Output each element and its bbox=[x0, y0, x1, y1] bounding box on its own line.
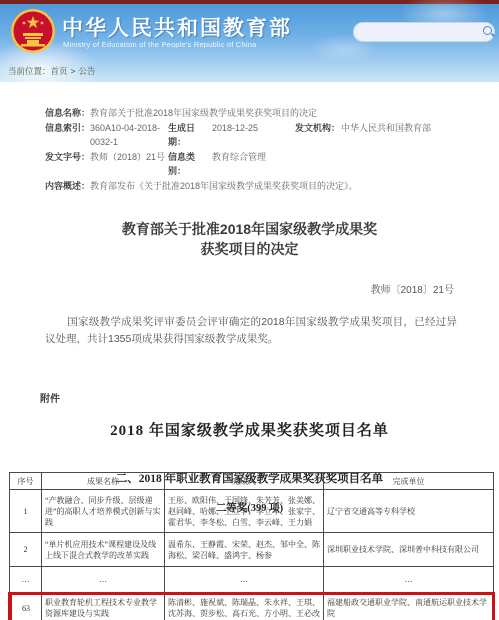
cell-org: 深圳职业技术学院、深圳普中科技有限公司 bbox=[324, 533, 494, 567]
cell-no: 63 bbox=[10, 593, 42, 620]
cell-people: 王彤、欧阳伟、于国锋、朱芳芳、张美娜、赵同峰、哈娜、王立争、李立军、张家宇、霍君… bbox=[165, 490, 324, 533]
meta-date-label: 生成日期： bbox=[168, 121, 212, 150]
breadcrumb-label: 当前位置： bbox=[8, 66, 51, 76]
cell-people: 陈清彬、施祝斌、陈瑞晶、朱永祥、王琪、沈苏海、贺步松、高石光、方小明、王必改 bbox=[165, 593, 324, 620]
document-meta-panel: 信息名称： 教育部关于批准2018年国家级教学成果奖获奖项目的决定 信息索引： … bbox=[45, 106, 499, 193]
document-paragraph-text: 国家级教学成果奖评审委员会评审确定的2018年国家级教学成果奖项目，已经过异议处… bbox=[45, 316, 457, 345]
meta-name-label: 信息名称： bbox=[45, 106, 90, 121]
document-title: 教育部关于批准2018年国家级教学成果奖 获奖项目的决定 bbox=[0, 219, 499, 259]
meta-date-value: 2018-12-25 bbox=[212, 121, 295, 150]
breadcrumb-current-link[interactable]: 公告 bbox=[79, 66, 96, 76]
meta-index-value: 360A10-04-2018-0032-1 bbox=[90, 121, 168, 150]
document-title-line1: 教育部关于批准2018年国家级教学成果奖 bbox=[0, 219, 499, 239]
header-cell-people: 完成人 bbox=[165, 473, 324, 490]
meta-row-summary: 内容概述： 教育部发布《关于批准2018年国家级教学成果奖获奖项目的决定》。 bbox=[45, 179, 499, 194]
breadcrumb-separator: > bbox=[71, 66, 76, 76]
cell-no: 1 bbox=[10, 490, 42, 533]
meta-summary-value: 教育部发布《关于批准2018年国家级教学成果奖获奖项目的决定》。 bbox=[90, 179, 358, 194]
cell-org: … bbox=[324, 567, 494, 594]
cell-name: “单片机应用技术”课程建设及线上线下混合式教学的改革实践 bbox=[42, 533, 165, 567]
header-cell-no: 序号 bbox=[10, 473, 42, 490]
awards-table: 序号 成果名称 完成人 完成单位 1 “产教融合、同步升级、层级递进”的高职人才… bbox=[8, 472, 495, 620]
cell-name: … bbox=[42, 567, 165, 594]
header-cell-name: 成果名称 bbox=[42, 473, 165, 490]
national-emblem-icon bbox=[10, 8, 56, 54]
meta-index-label: 信息索引： bbox=[45, 121, 90, 150]
search-icon[interactable] bbox=[483, 26, 495, 38]
meta-agency-label: 发文机构： bbox=[295, 121, 341, 150]
meta-row-name: 信息名称： 教育部关于批准2018年国家级教学成果奖获奖项目的决定 bbox=[45, 106, 499, 121]
cell-no: 2 bbox=[10, 533, 42, 567]
page: 中华人民共和国教育部 Ministry of Education of the … bbox=[0, 0, 499, 620]
cell-org: 福建船政交通职业学院、南通航运职业技术学院 bbox=[324, 593, 494, 620]
meta-docno-value: 教师（2018）21号 bbox=[90, 150, 168, 179]
meta-summary-label: 内容概述： bbox=[45, 179, 90, 194]
meta-category-value: 教育综合管理 bbox=[212, 150, 295, 179]
header-cell-org: 完成单位 bbox=[324, 473, 494, 490]
table-header-row: 序号 成果名称 完成人 完成单位 bbox=[10, 473, 494, 490]
cell-people: 温希东、王静霞、宋荣、赵杰、邹中全、陈海松、梁召峰、盛鸿宇、杨参 bbox=[165, 533, 324, 567]
header-banner: 中华人民共和国教育部 Ministry of Education of the … bbox=[0, 4, 499, 82]
document-title-line2: 获奖项目的决定 bbox=[0, 239, 499, 259]
org-name-cn: 中华人民共和国教育部 bbox=[62, 12, 292, 42]
table-row-ellipsis: … … … … bbox=[10, 567, 494, 594]
cell-org: 辽宁省交通高等专科学校 bbox=[324, 490, 494, 533]
table-row: 1 “产教融合、同步升级、层级递进”的高职人才培养模式创新与实践 王彤、欧阳伟、… bbox=[10, 490, 494, 533]
table-row-highlighted: 63 职业教育轮机工程技术专业教学资源库建设与实践 陈清彬、施祝斌、陈瑞晶、朱永… bbox=[10, 593, 494, 620]
search-box bbox=[353, 22, 495, 42]
attachment-title: 2018 年国家级教学成果奖获奖项目名单 bbox=[0, 419, 499, 440]
meta-category-label: 信息类别： bbox=[168, 150, 212, 179]
meta-docno-label: 发文字号： bbox=[45, 150, 90, 179]
meta-name-value: 教育部关于批准2018年国家级教学成果奖获奖项目的决定 bbox=[90, 106, 317, 121]
cell-name: “产教融合、同步升级、层级递进”的高职人才培养模式创新与实践 bbox=[42, 490, 165, 533]
cell-people: … bbox=[165, 567, 324, 594]
cell-no: … bbox=[10, 567, 42, 594]
breadcrumb-home-link[interactable]: 首页 bbox=[51, 66, 68, 76]
table-row: 2 “单片机应用技术”课程建设及线上线下混合式教学的改革实践 温希东、王静霞、宋… bbox=[10, 533, 494, 567]
org-name-en: Ministry of Education of the People's Re… bbox=[63, 40, 256, 49]
document-paragraph: 国家级教学成果奖评审委员会评审确定的2018年国家级教学成果奖项目，已经过异议处… bbox=[45, 314, 457, 348]
attachment-label: 附件 bbox=[40, 390, 499, 405]
meta-row-index: 信息索引： 360A10-04-2018-0032-1 生成日期： 2018-1… bbox=[45, 121, 499, 150]
document-number: 教师〔2018〕21号 bbox=[0, 281, 454, 296]
meta-row-docno: 发文字号： 教师（2018）21号 信息类别： 教育综合管理 bbox=[45, 150, 499, 179]
search-input[interactable] bbox=[354, 25, 483, 39]
meta-agency-value: 中华人民共和国教育部 bbox=[341, 121, 499, 150]
cell-name: 职业教育轮机工程技术专业教学资源库建设与实践 bbox=[42, 593, 165, 620]
breadcrumb: 当前位置：首页>公告 bbox=[8, 65, 96, 77]
